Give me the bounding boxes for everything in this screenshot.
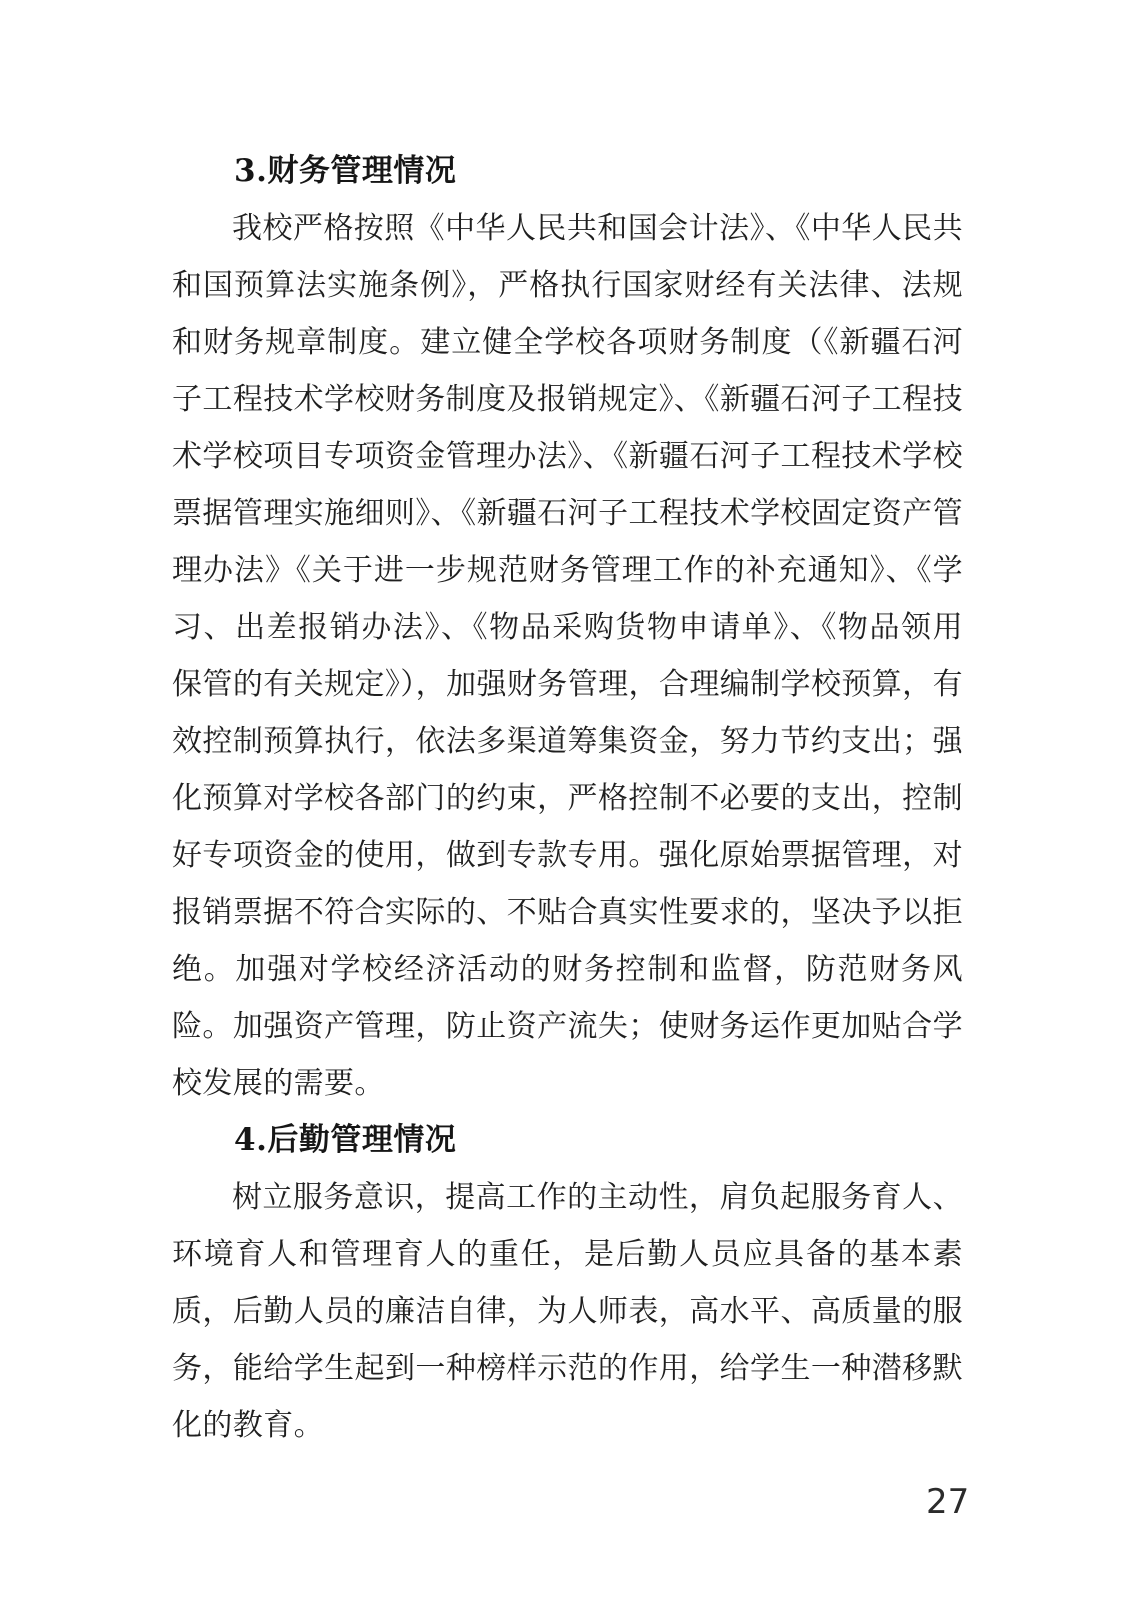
page-content: 3.财务管理情况 我校严格按照《中华人民共和国会计法》、《中华人民共和国预算法实…: [172, 143, 963, 1454]
document-page: 3.财务管理情况 我校严格按照《中华人民共和国会计法》、《中华人民共和国预算法实…: [0, 0, 1131, 1600]
section-heading-financial-management: 3.财务管理情况: [172, 143, 963, 200]
section-heading-logistics-management: 4.后勤管理情况: [172, 1112, 963, 1169]
page-number: 27: [926, 1482, 969, 1522]
logistics-management-paragraph: 树立服务意识，提高工作的主动性，肩负起服务育人、环境育人和管理育人的重任，是后勤…: [172, 1169, 963, 1454]
financial-management-paragraph: 我校严格按照《中华人民共和国会计法》、《中华人民共和国预算法实施条例》，严格执行…: [172, 200, 963, 1112]
